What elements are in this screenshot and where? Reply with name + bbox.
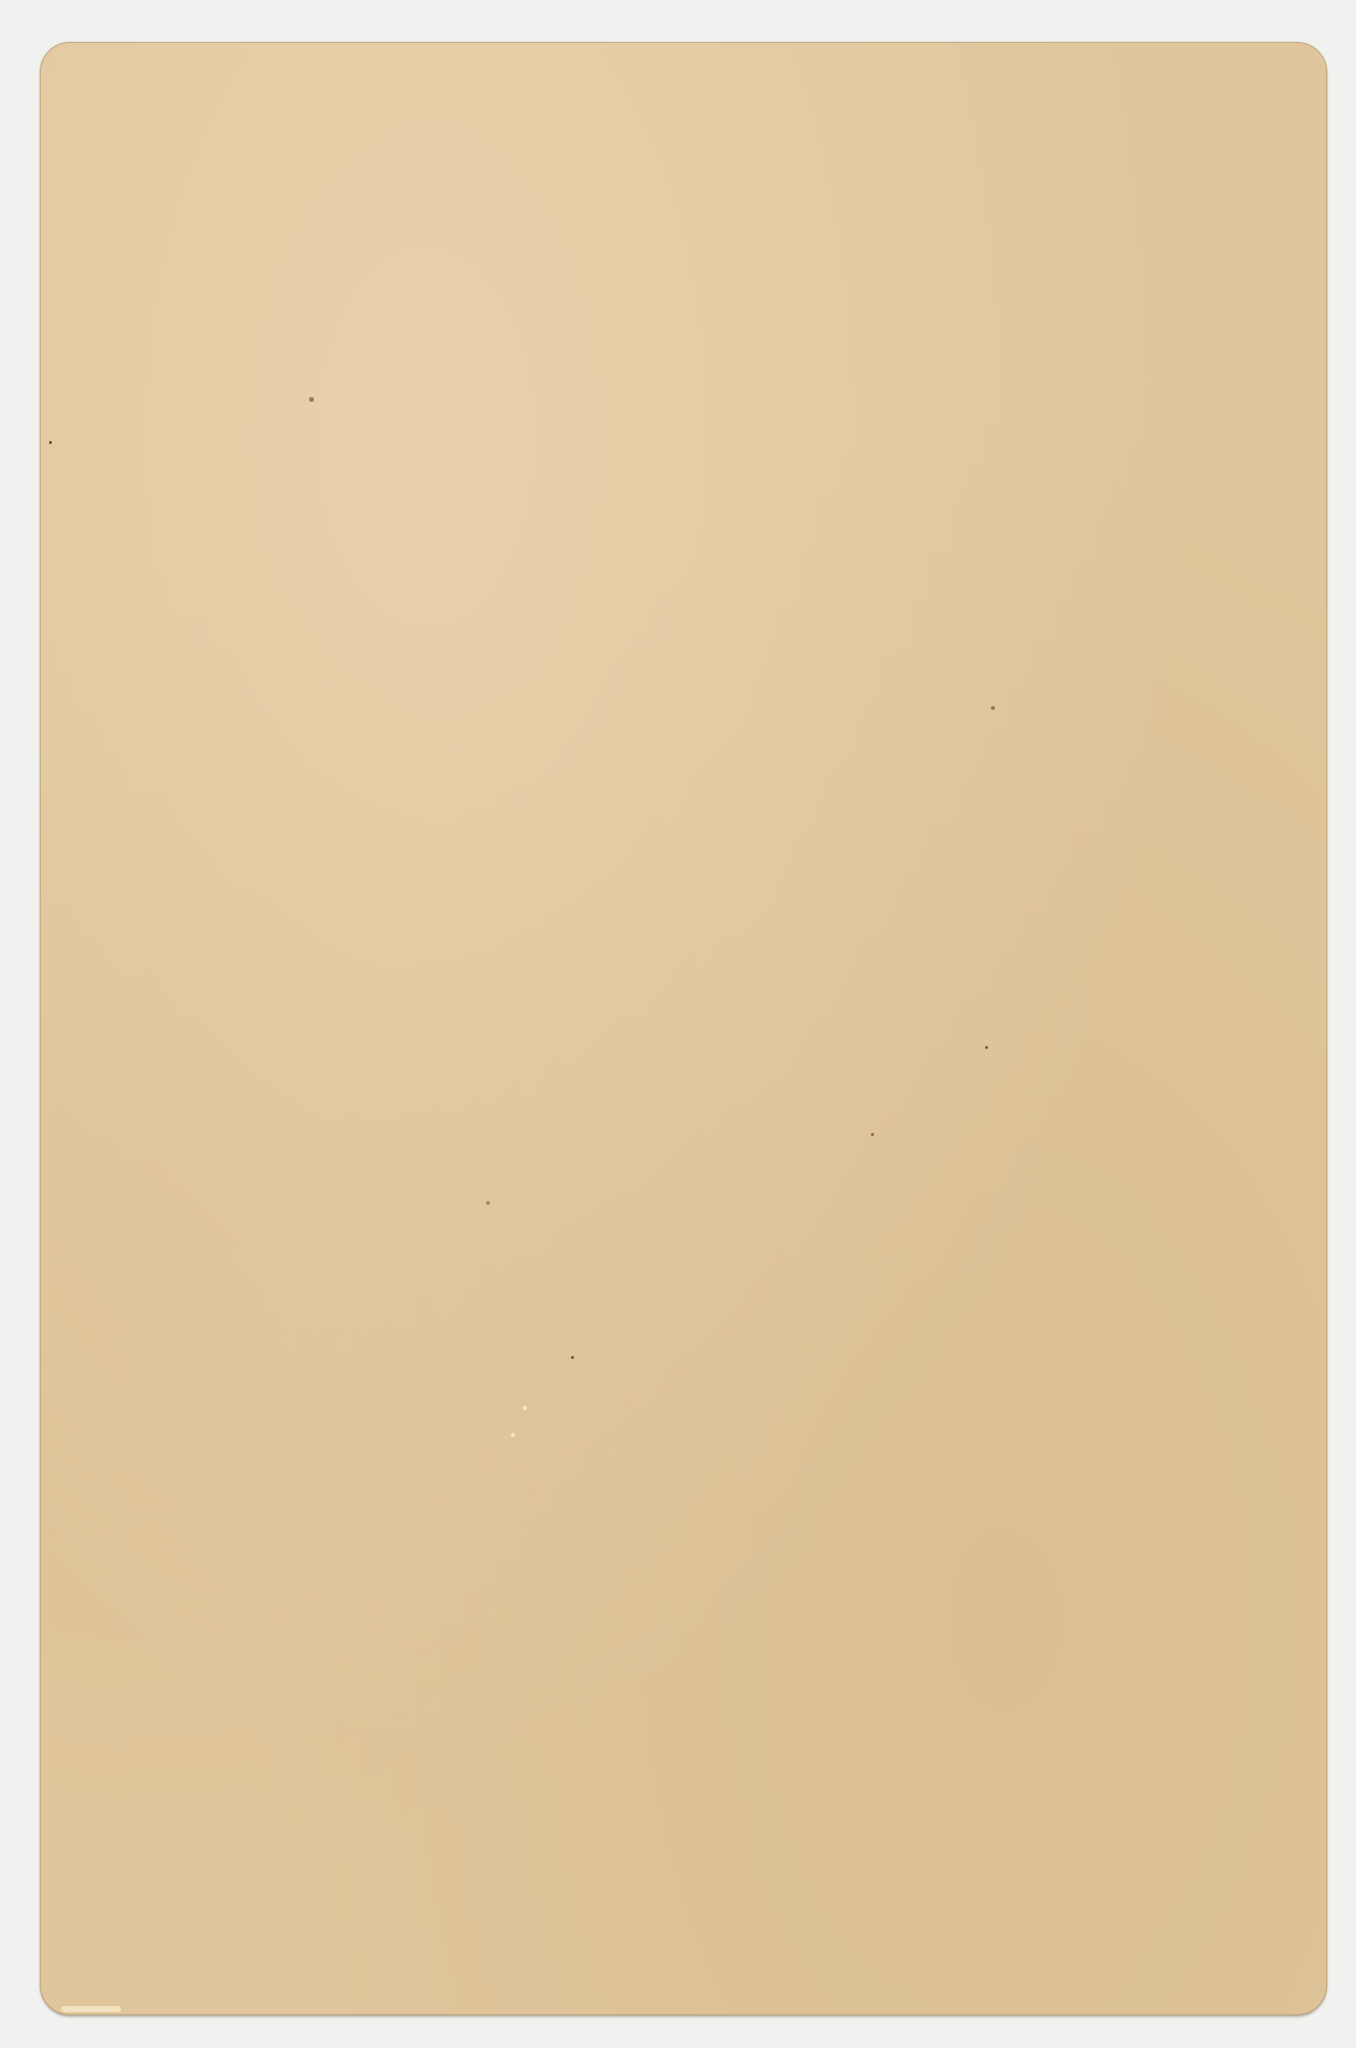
paper-speck xyxy=(571,1356,574,1359)
paper-speck xyxy=(49,441,52,444)
paper-speck xyxy=(486,1201,490,1205)
cabinet-card-back xyxy=(40,42,1327,2015)
paper-speck xyxy=(309,397,314,402)
paper-speck xyxy=(523,1406,527,1410)
paper-texture xyxy=(41,43,1326,2014)
paper-speck xyxy=(985,1046,988,1049)
paper-speck xyxy=(511,1433,515,1437)
paper-speck xyxy=(871,1133,874,1136)
paper-speck xyxy=(991,706,995,710)
corner-edge-wear xyxy=(61,2006,121,2012)
